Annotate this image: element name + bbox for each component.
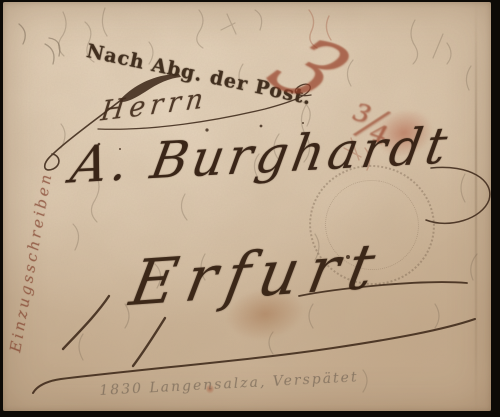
addressee-end-loop (426, 167, 490, 223)
underline-slash-1 (63, 296, 109, 349)
ink-flourish-layer (3, 2, 491, 411)
underline-slash-2 (133, 318, 165, 366)
photo-frame: Nach Abg. der Post. 3 ¾ Herrn A. Burghar… (0, 0, 500, 417)
letter-paper: Nach Abg. der Post. 3 ¾ Herrn A. Burghar… (3, 2, 491, 411)
